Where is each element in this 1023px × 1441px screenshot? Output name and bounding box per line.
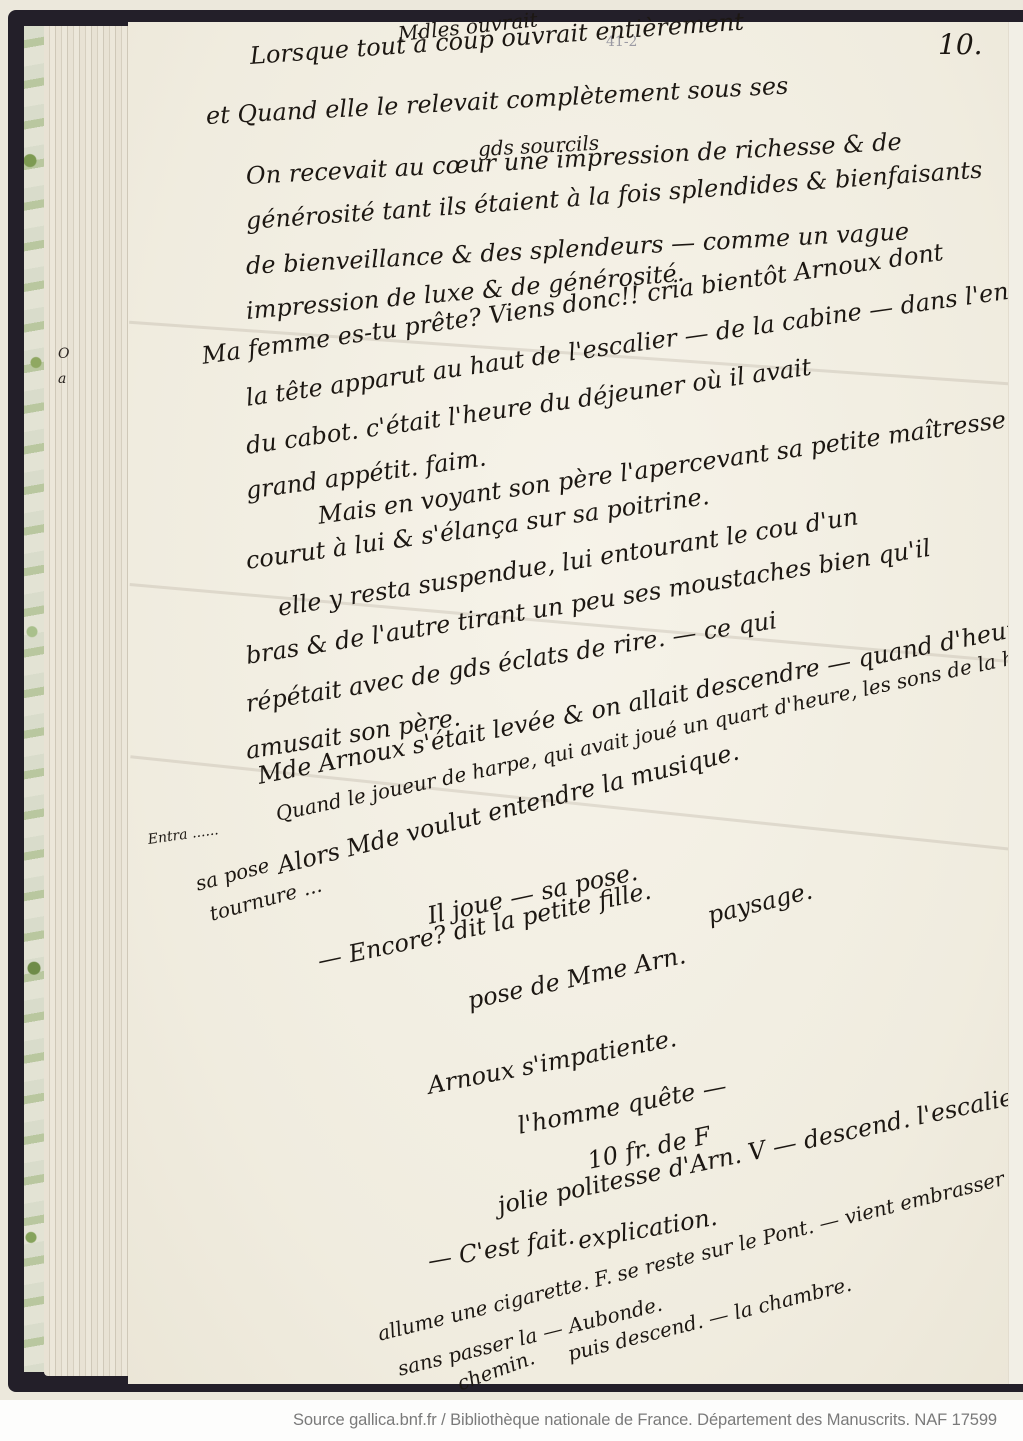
footer-bar: Source gallica.bnf.fr / Bibliothèque nat… — [0, 1400, 1023, 1441]
page-edge — [1008, 22, 1023, 1384]
handwritten-line: et Quand elle le relevait complètement s… — [205, 72, 789, 130]
handwritten-line: pose de Mme Arn. — [465, 941, 688, 1015]
folio-number: 10. — [938, 28, 983, 61]
handwritten-line: paysage. — [705, 877, 816, 930]
source-credit: Source gallica.bnf.fr / Bibliothèque nat… — [293, 1411, 997, 1430]
page-stack-edges: O a — [44, 26, 130, 1376]
margin-note: Entra ...... — [147, 822, 220, 848]
marbled-endpaper — [24, 26, 44, 1372]
gutter-mark: a — [58, 371, 66, 387]
manuscript-scan: O a 10. 41-2 Mdles ouvrait Lorsque tout … — [0, 0, 1023, 1400]
handwritten-line: — C'est fait. — [426, 1221, 577, 1274]
gutter-mark: O — [58, 346, 69, 362]
manuscript-page: 10. 41-2 Mdles ouvrait Lorsque tout à co… — [128, 22, 1023, 1384]
